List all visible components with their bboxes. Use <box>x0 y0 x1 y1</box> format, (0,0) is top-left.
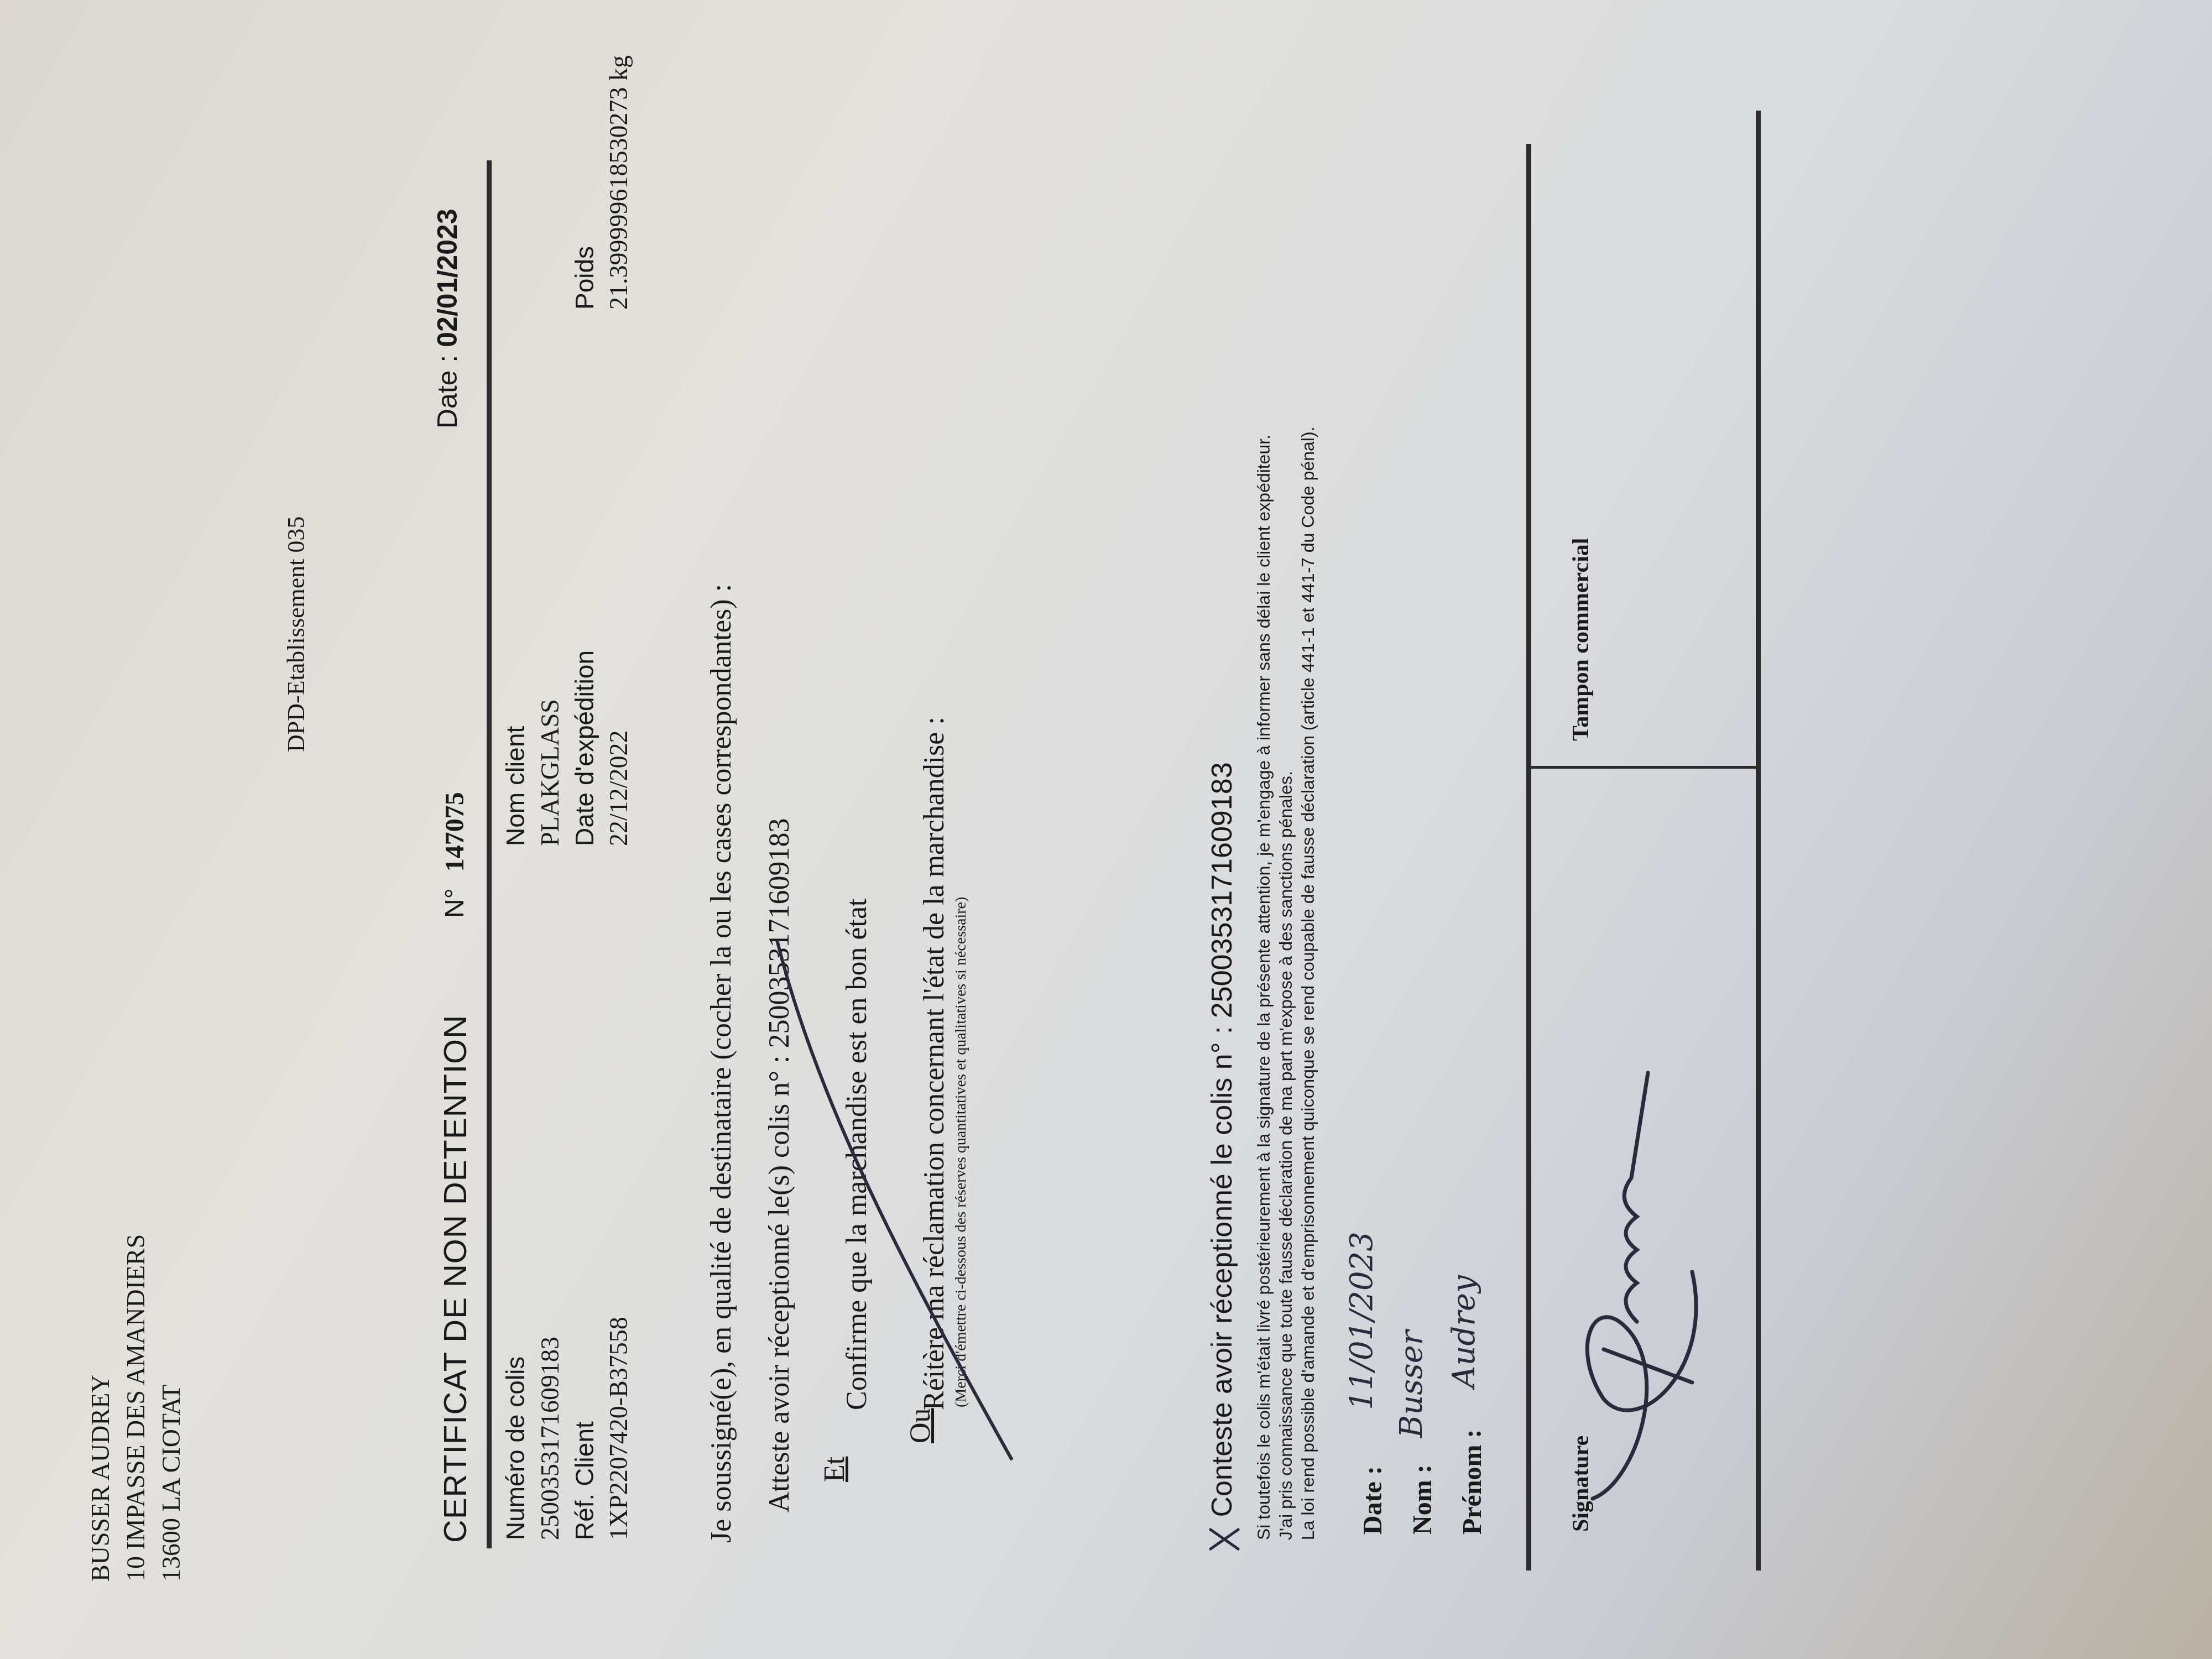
signature-drawing[interactable] <box>0 0 2212 1659</box>
certificate-page: BUSSER AUDREY 10 IMPASSE DES AMANDIERS 1… <box>0 0 2212 1659</box>
